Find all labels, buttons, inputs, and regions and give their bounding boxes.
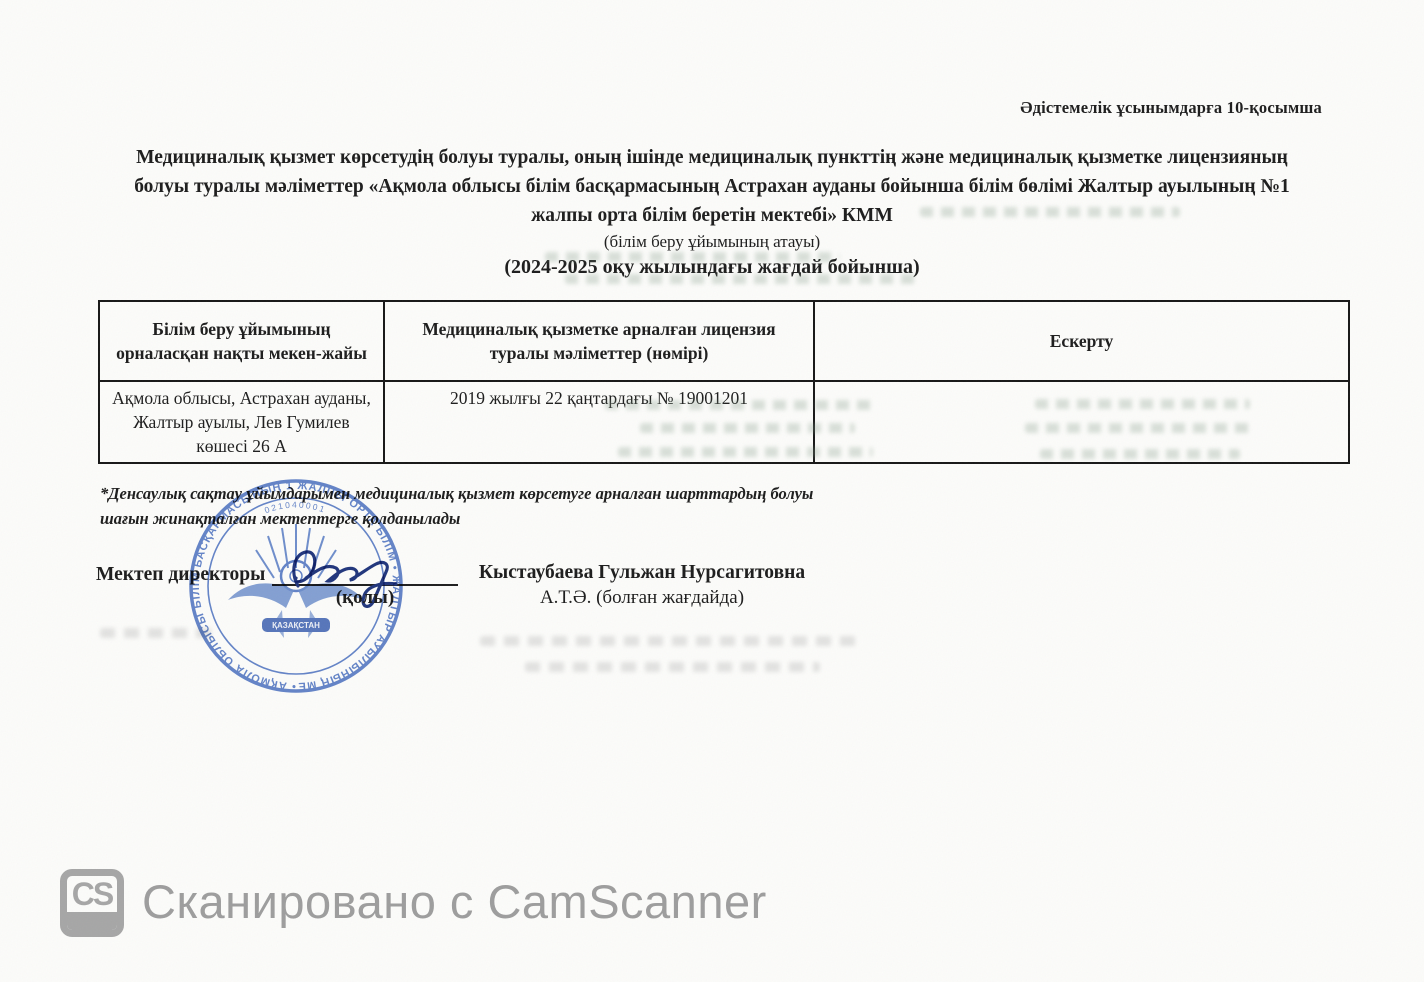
org-name-caption: (білім беру ұйымының атауы) — [92, 230, 1332, 254]
camscanner-logo-icon: CS — [60, 869, 124, 937]
bleed-through-artifact — [525, 662, 820, 672]
appendix-note: Әдістемелік ұсынымдарға 10-қосымша — [1020, 98, 1322, 118]
stamp-banner-text: ҚАЗАҚСТАН — [272, 621, 320, 630]
bleed-through-artifact — [605, 400, 875, 410]
camscanner-logo-letters: CS — [72, 876, 112, 912]
svg-text:021040001: 021040001 — [263, 500, 328, 516]
header-note: Ескерту — [814, 301, 1349, 381]
bleed-through-artifact — [618, 447, 873, 457]
cell-address: Ақмола облысы, Астрахан ауданы, Жалтыр а… — [99, 381, 384, 463]
header-license: Медициналық қызметке арналған лицензия т… — [384, 301, 814, 381]
bleed-through-artifact — [565, 274, 915, 284]
cell-note — [814, 381, 1349, 463]
bleed-through-artifact — [1035, 399, 1250, 409]
bleed-through-artifact — [640, 423, 855, 433]
license-table: Білім беру ұйымының орналасқан нақты мек… — [98, 300, 1350, 464]
camscanner-watermark-text: Сканировано с CamScanner — [142, 874, 767, 929]
camscanner-logo-bar — [67, 912, 117, 930]
bleed-through-artifact — [1025, 423, 1255, 433]
title-line-2: болуы туралы мәліметтер «Ақмола облысы б… — [92, 172, 1332, 201]
bleed-through-artifact — [545, 252, 840, 262]
title-line-1: Медициналық қызмет көрсетудің болуы тура… — [92, 143, 1332, 172]
stamp-inner-number: 021040001 — [263, 500, 328, 516]
director-name-caption: А.Т.Ә. (болған жағдайда) — [462, 587, 822, 609]
bleed-through-artifact — [1040, 449, 1240, 459]
bleed-through-artifact — [480, 636, 860, 646]
header-address: Білім беру ұйымының орналасқан нақты мек… — [99, 301, 384, 381]
bleed-through-artifact — [920, 207, 1180, 217]
table-header-row: Білім беру ұйымының орналасқан нақты мек… — [99, 301, 1349, 381]
director-name: Кыстаубаева Гульжан Нурсагитовна — [462, 561, 822, 585]
official-stamp-seal: • АҚМОЛА ОБЛЫСЫ БІЛІМ БАСҚАРМАСЫНЫҢ 1 ЖА… — [182, 472, 410, 700]
stamp-emblem: ҚАЗАҚСТАН — [228, 524, 364, 638]
